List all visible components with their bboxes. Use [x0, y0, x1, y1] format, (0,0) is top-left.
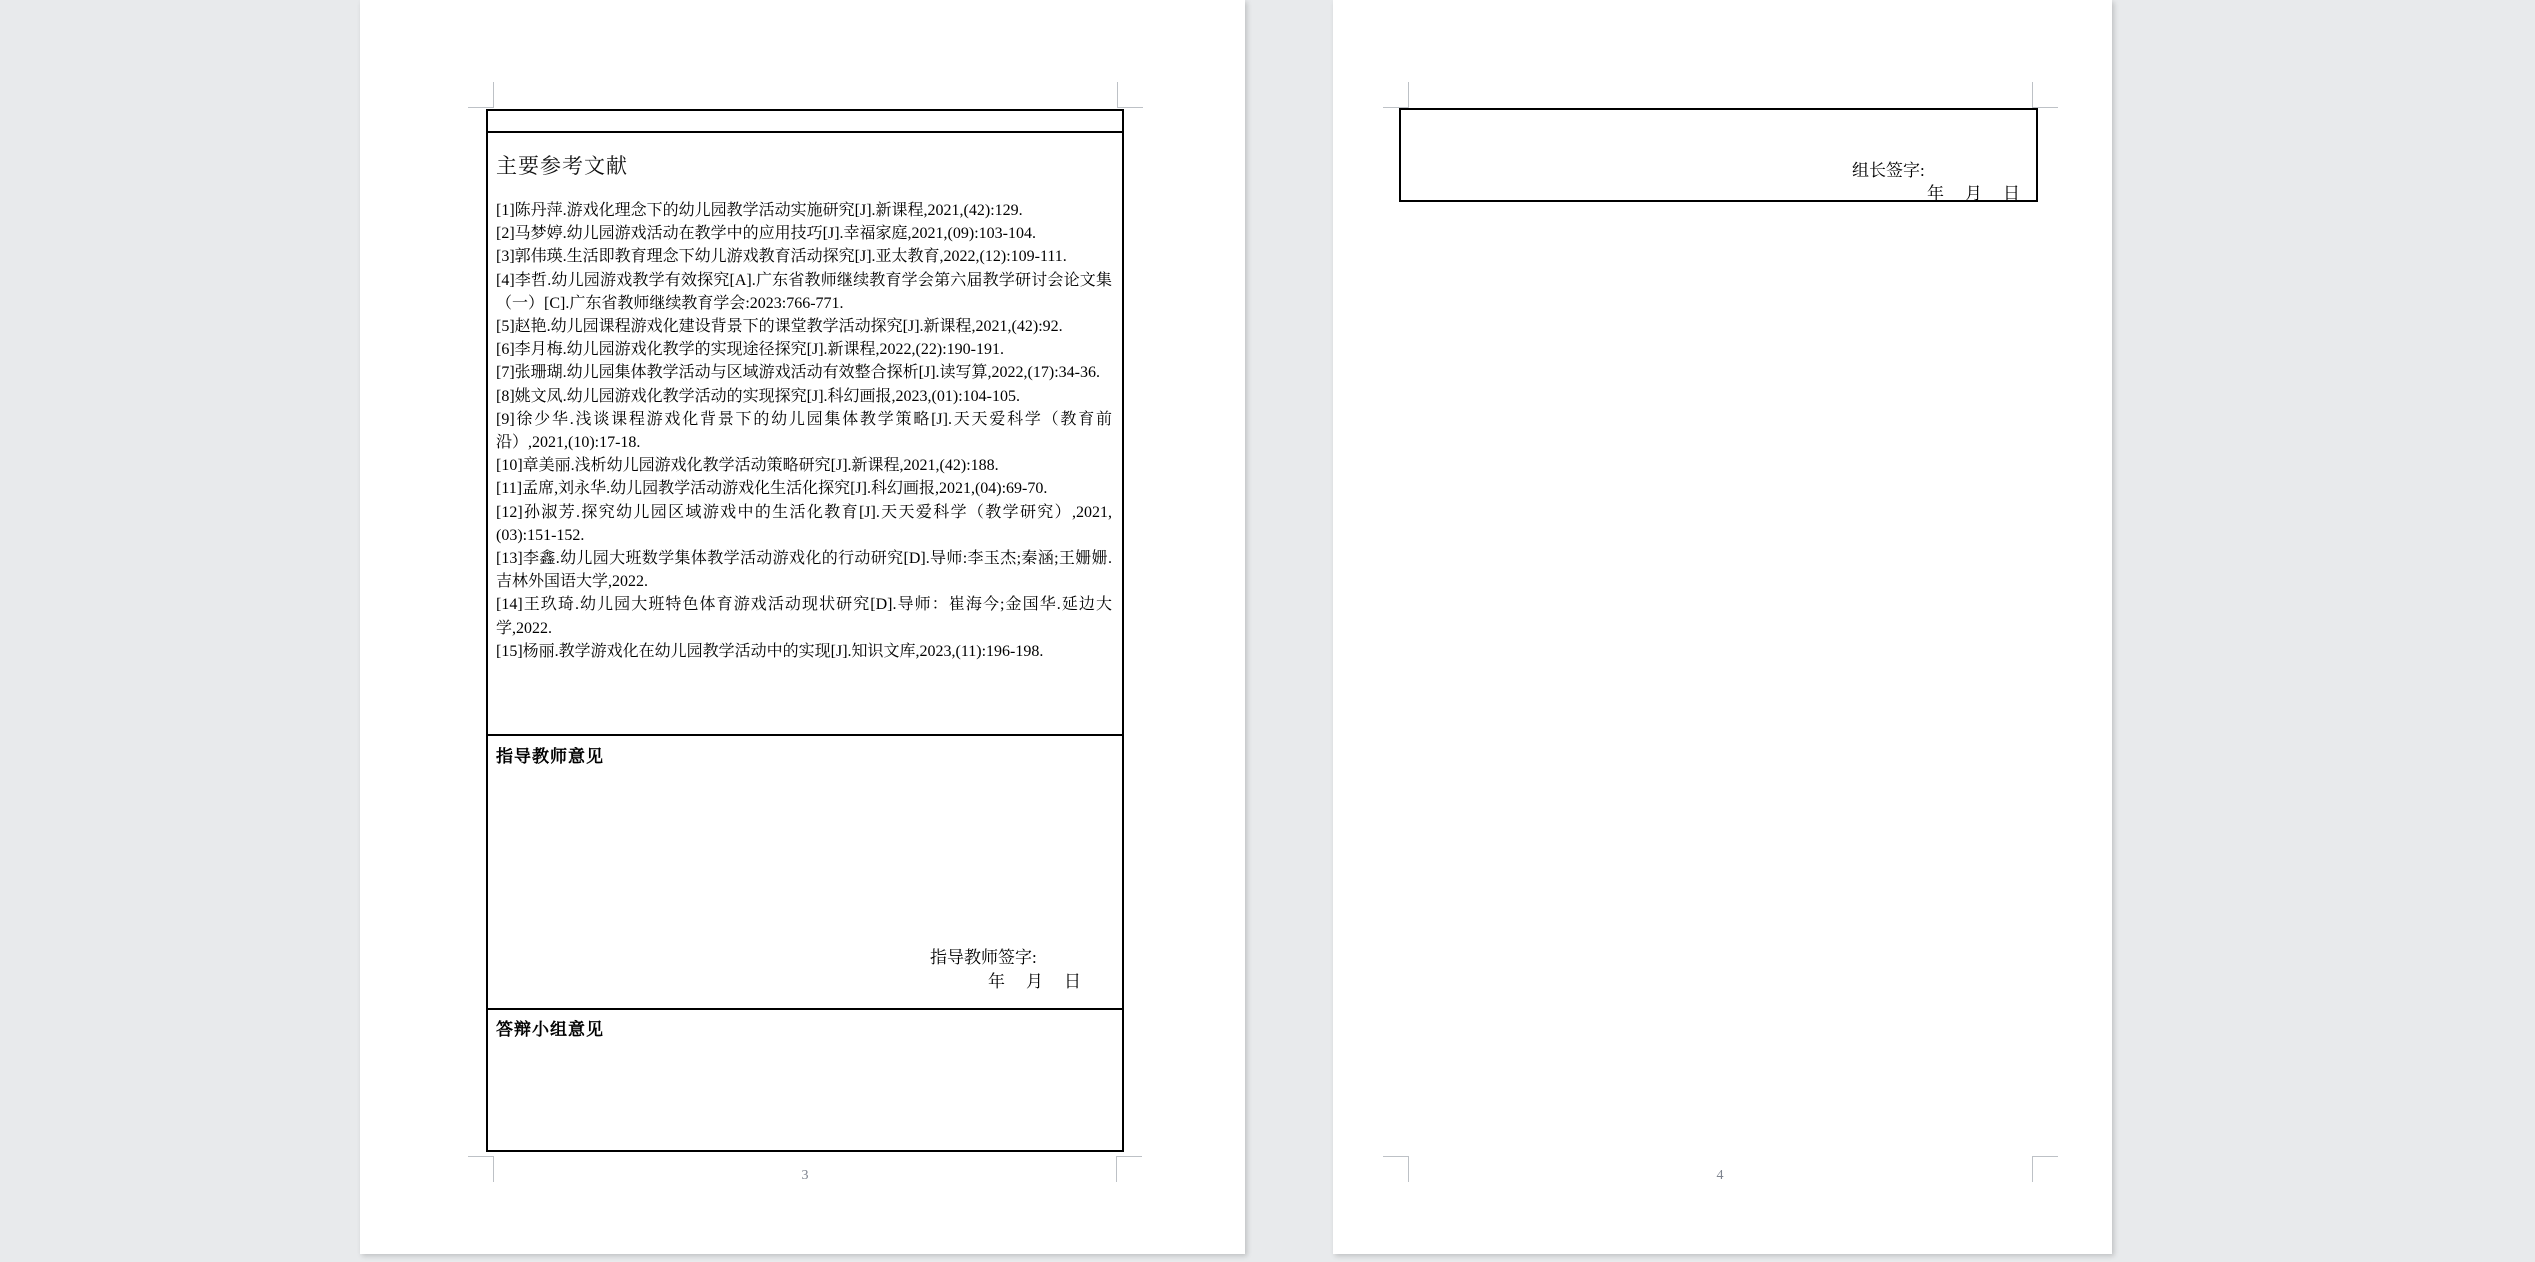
- advisor-section-title: 指导教师意见: [496, 742, 604, 767]
- margin-mark-top-right-icon: [2032, 82, 2058, 108]
- reference-item: [3]郭伟瑛.生活即教育理念下幼儿游戏教育活动探究[J].亚太教育,2022,(…: [496, 245, 1112, 268]
- document-page-3[interactable]: 主要参考文献 [1]陈丹萍.游戏化理念下的幼儿园教学活动实施研究[J].新课程,…: [360, 0, 1245, 1254]
- empty-header-row: [488, 111, 1122, 133]
- reference-item: [14]王玖琦.幼儿园大班特色体育游戏活动现状研究[D].导师：崔海今;金国华.…: [496, 593, 1112, 639]
- document-canvas: 主要参考文献 [1]陈丹萍.游戏化理念下的幼儿园教学活动实施研究[J].新课程,…: [0, 0, 2535, 1262]
- references-cell[interactable]: 主要参考文献 [1]陈丹萍.游戏化理念下的幼儿园教学活动实施研究[J].新课程,…: [488, 133, 1122, 736]
- defense-section-title: 答辩小组意见: [496, 1015, 604, 1040]
- reference-item: [10]章美丽.浅析幼儿园游戏化教学活动策略研究[J].新课程,2021,(42…: [496, 454, 1112, 477]
- margin-mark-bottom-right-icon: [1116, 1156, 1142, 1182]
- reference-item: [12]孙淑芳.探究幼儿园区域游戏中的生活化教育[J].天天爱科学（教学研究）,…: [496, 501, 1112, 547]
- margin-mark-top-right-icon: [1117, 82, 1143, 108]
- reference-item: [15]杨丽.教学游戏化在幼儿园教学活动中的实现[J].知识文库,2023,(1…: [496, 640, 1112, 663]
- reference-item: [1]陈丹萍.游戏化理念下的幼儿园教学活动实施研究[J].新课程,2021,(4…: [496, 199, 1112, 222]
- leader-signature-cell[interactable]: 组长签字: 年 月 日: [1399, 108, 2038, 202]
- margin-mark-top-left-icon: [1383, 82, 1409, 108]
- page-number-3: 3: [493, 1168, 1117, 1184]
- reference-item: [6]李月梅.幼儿园游戏化教学的实现途径探究[J].新课程,2022,(22):…: [496, 338, 1112, 361]
- advisor-opinion-cell[interactable]: 指导教师意见 指导教师签字: 年 月 日: [488, 736, 1122, 1010]
- reference-item: [8]姚文凤.幼儿园游戏化教学活动的实现探究[J].科幻画报,2023,(01)…: [496, 385, 1112, 408]
- margin-mark-bottom-left-icon: [1383, 1156, 1409, 1182]
- reference-item: [13]李鑫.幼儿园大班数学集体教学活动游戏化的行动研究[D].导师:李玉杰;秦…: [496, 547, 1112, 593]
- margin-mark-bottom-left-icon: [468, 1156, 494, 1182]
- reference-item: [9]徐少华.浅谈课程游戏化背景下的幼儿园集体教学策略[J].天天爱科学（教育前…: [496, 408, 1112, 454]
- document-page-4[interactable]: 组长签字: 年 月 日 4: [1333, 0, 2112, 1254]
- page-number-4: 4: [1408, 1168, 2032, 1184]
- references-title: 主要参考文献: [496, 150, 628, 180]
- reference-item: [11]孟席,刘永华.幼儿园教学活动游戏化生活化探究[J].科幻画报,2021,…: [496, 477, 1112, 500]
- reference-item: [7]张珊瑚.幼儿园集体教学活动与区域游戏活动有效整合探析[J].读写算,202…: [496, 361, 1112, 384]
- defense-opinion-cell[interactable]: 答辩小组意见: [488, 1010, 1122, 1148]
- margin-mark-top-left-icon: [468, 82, 494, 108]
- references-list: [1]陈丹萍.游戏化理念下的幼儿园教学活动实施研究[J].新课程,2021,(4…: [496, 199, 1112, 663]
- advisor-date-line: 年 月 日: [988, 967, 1083, 992]
- advisor-signature-label: 指导教师签字:: [930, 943, 1037, 968]
- review-form-table: 主要参考文献 [1]陈丹萍.游戏化理念下的幼儿园教学活动实施研究[J].新课程,…: [486, 109, 1124, 1152]
- reference-item: [2]马梦婷.幼儿园游戏活动在教学中的应用技巧[J].幸福家庭,2021,(09…: [496, 222, 1112, 245]
- leader-signature-label: 组长签字:: [1852, 156, 1925, 181]
- leader-date-line: 年 月 日: [1927, 179, 2022, 204]
- margin-mark-bottom-right-icon: [2032, 1156, 2058, 1182]
- reference-item: [5]赵艳.幼儿园课程游戏化建设背景下的课堂教学活动探究[J].新课程,2021…: [496, 315, 1112, 338]
- reference-item: [4]李哲.幼儿园游戏教学有效探究[A].广东省教师继续教育学会第六届教学研讨会…: [496, 269, 1112, 315]
